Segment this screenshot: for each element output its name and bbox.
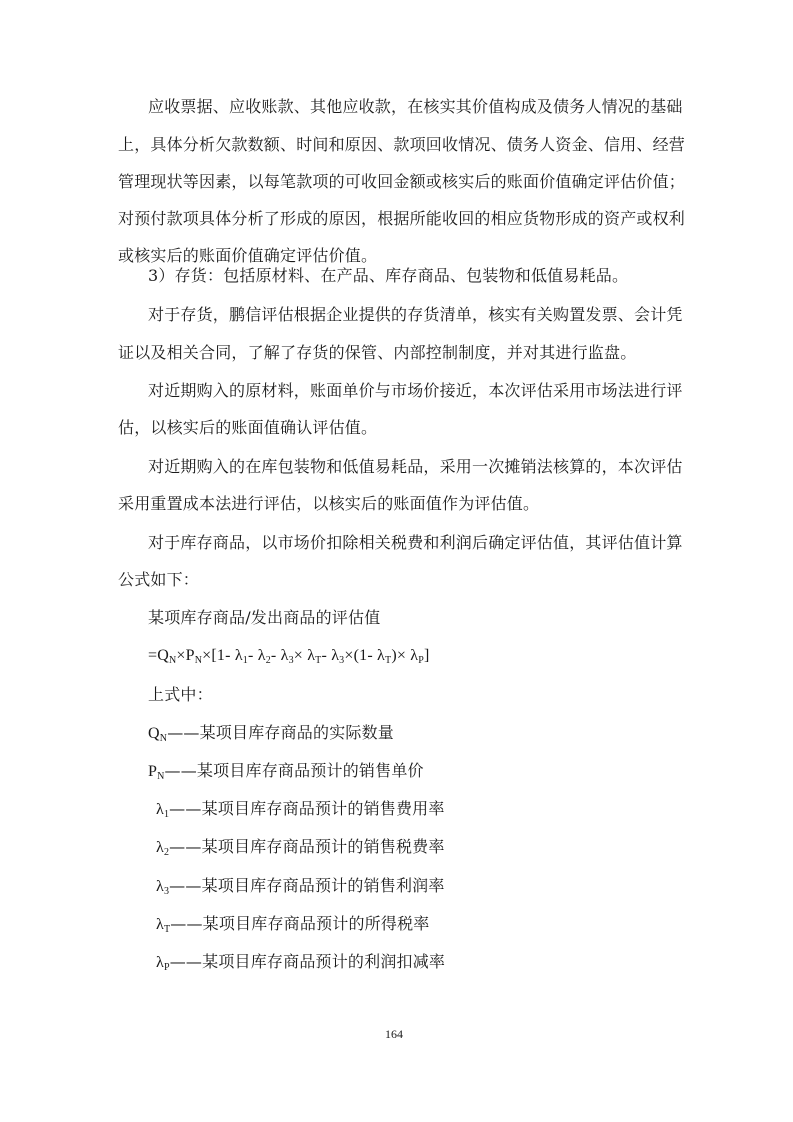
formula-label: 某项库存商品/发出商品的评估值 bbox=[148, 608, 380, 628]
definition-lambda-2: λ2——某项目库存商品预计的销售税费率 bbox=[156, 837, 445, 858]
paragraph-line: 对近期购入的原材料，账面单价与市场价接近，本次评估采用市场法进行评 bbox=[148, 381, 683, 401]
definition-symbol: Q bbox=[148, 725, 160, 742]
paragraph-line: 公式如下： bbox=[118, 570, 199, 590]
definition-text: ——某项目库存商品预计的销售利润率 bbox=[169, 876, 444, 895]
section-heading-inventory: 3）存货：包括原材料、在产品、库存商品、包装物和低值易耗品。 bbox=[148, 266, 628, 286]
definition-text: ——某项目库存商品预计的利润扣减率 bbox=[170, 952, 445, 971]
where-label: 上式中： bbox=[148, 685, 213, 705]
paragraph-line: 对预付款项具体分析了形成的原因，根据所能收回的相应货物形成的资产或权利 bbox=[118, 209, 685, 229]
definition-lambda-3: λ3——某项目库存商品预计的销售利润率 bbox=[156, 876, 445, 897]
definition-text: ——某项目库存商品预计的销售费用率 bbox=[169, 799, 444, 818]
definition-symbol: λ bbox=[156, 954, 164, 971]
definition-symbol: P bbox=[148, 763, 157, 780]
paragraph-line: 估，以核实后的账面值确认评估值。 bbox=[118, 418, 377, 438]
definition-symbol: λ bbox=[156, 839, 164, 856]
paragraph-line: 对近期购入的在库包装物和低值易耗品，采用一次摊销法核算的，本次评估 bbox=[148, 457, 683, 477]
definition-pn: PN——某项目库存商品预计的销售单价 bbox=[148, 761, 424, 782]
definition-text: ——某项目库存商品预计的所得税率 bbox=[170, 914, 429, 933]
document-page: 应收票据、应收账款、其他应收款，在核实其价值构成及债务人情况的基础 上，具体分析… bbox=[0, 0, 793, 1122]
formula-expression: =QN×PN×[1- λ1- λ2- λ3× λT- λ3×(1- λT)× λ… bbox=[148, 646, 430, 666]
definition-symbol: λ bbox=[156, 878, 164, 895]
paragraph-line: 对于库存商品，以市场价扣除相关税费和利润后确定评估值，其评估值计算 bbox=[148, 533, 683, 553]
paragraph-line: 管理现状等因素，以每笔款项的可收回金额或核实后的账面价值确定评估价值； bbox=[118, 172, 685, 192]
definition-subscript: N bbox=[157, 771, 164, 782]
paragraph-line: 证以及相关合同，了解了存货的保管、内部控制制度，并对其进行监盘。 bbox=[118, 343, 636, 363]
definition-symbol: λ bbox=[156, 916, 164, 933]
paragraph-line: 采用重置成本法进行评估，以核实后的账面值作为评估值。 bbox=[118, 494, 539, 514]
definition-qn: QN——某项目库存商品的实际数量 bbox=[148, 723, 394, 744]
definition-lambda-1: λ1——某项目库存商品预计的销售费用率 bbox=[156, 799, 445, 820]
paragraph-line: 应收票据、应收账款、其他应收款，在核实其价值构成及债务人情况的基础 bbox=[148, 97, 683, 117]
page-number: 164 bbox=[385, 1027, 403, 1042]
paragraph-line: 或核实后的账面价值确定评估价值。 bbox=[118, 246, 377, 266]
definition-text: ——某项目库存商品预计的销售税费率 bbox=[169, 837, 444, 856]
definition-lambda-t: λT——某项目库存商品预计的所得税率 bbox=[156, 914, 429, 935]
definition-text: ——某项目库存商品预计的销售单价 bbox=[165, 761, 424, 780]
paragraph-line: 上，具体分析欠款数额、时间和原因、款项回收情况、债务人资金、信用、经营 bbox=[118, 135, 685, 155]
definition-lambda-p: λP——某项目库存商品预计的利润扣减率 bbox=[156, 952, 445, 973]
definition-symbol: λ bbox=[156, 801, 164, 818]
paragraph-line: 对于存货，鹏信评估根据企业提供的存货清单，核实有关购置发票、会计凭 bbox=[148, 305, 683, 325]
definition-text: ——某项目库存商品的实际数量 bbox=[167, 723, 394, 742]
